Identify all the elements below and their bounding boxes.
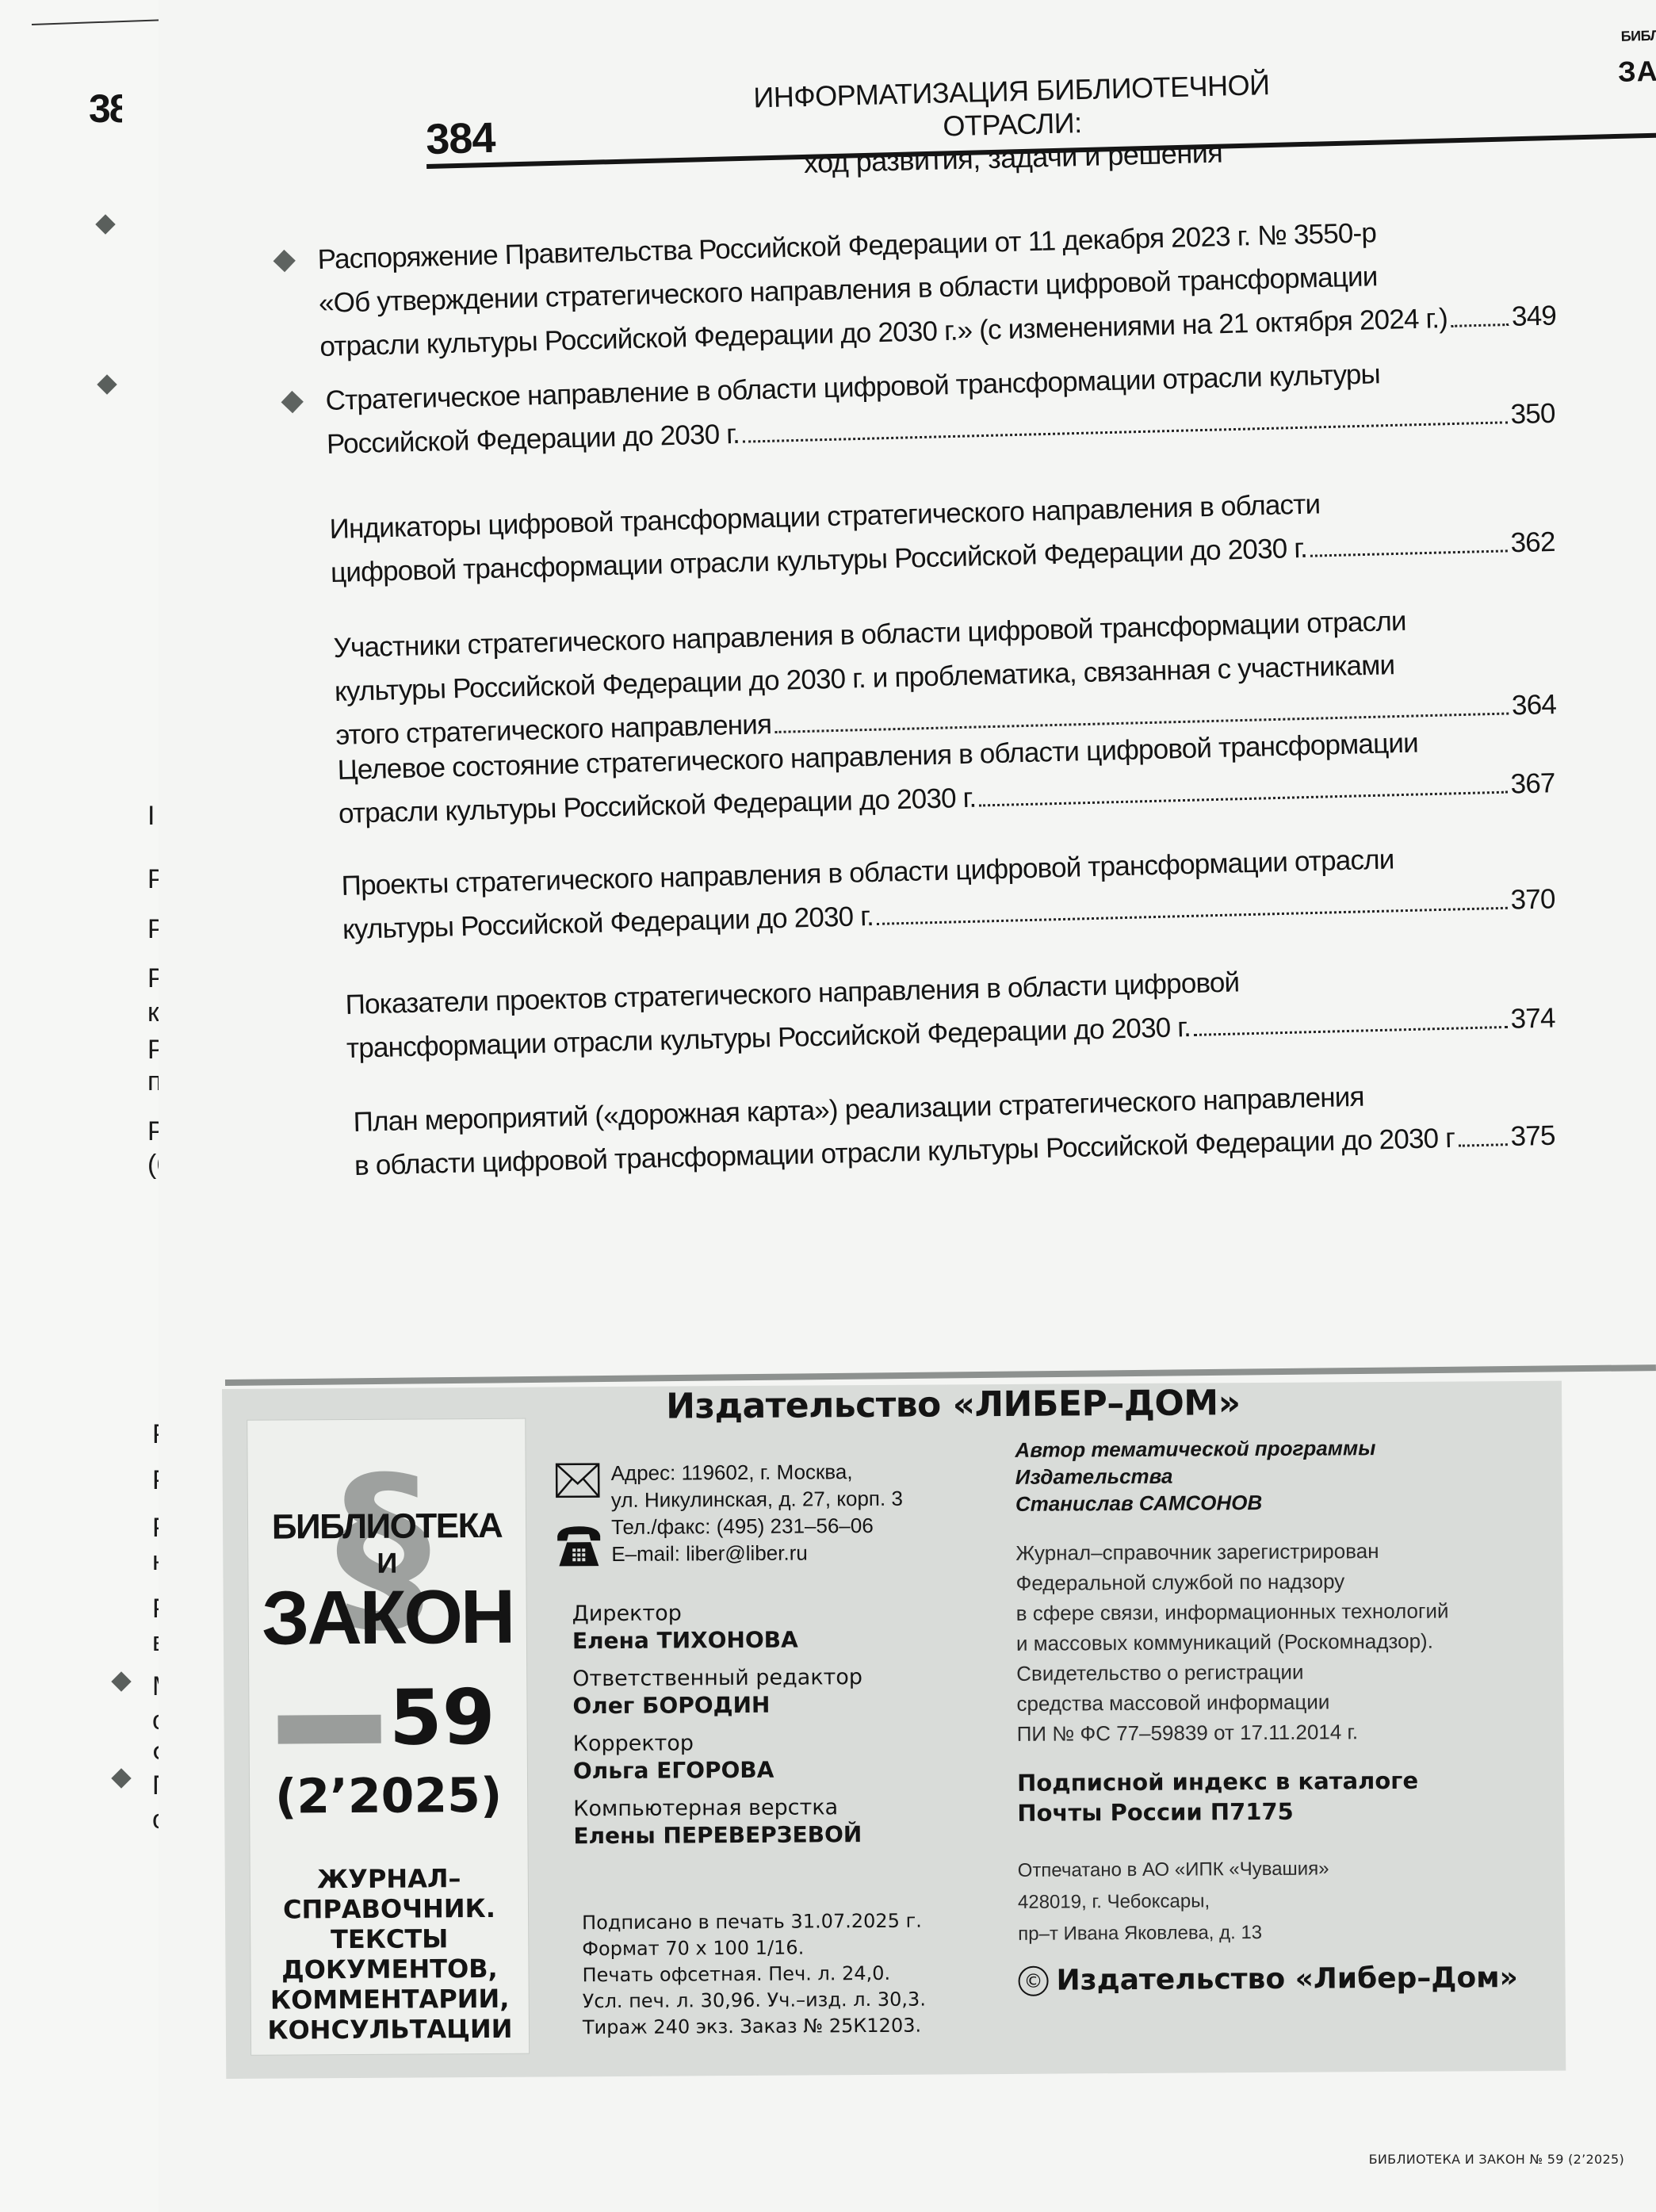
- author-name: Станислав САМСОНОВ: [1015, 1487, 1539, 1517]
- cover-description: ЖУРНАЛ–СПРАВОЧНИК.ТЕКСТЫДОКУМЕНТОВ,КОММЕ…: [251, 1863, 529, 2046]
- imprint-right-column: Автор тематической программы Издательств…: [1015, 1433, 1541, 1996]
- issue-number: 59: [389, 1673, 495, 1762]
- staff-role: Корректор: [573, 1729, 863, 1758]
- registration-line: Журнал–справочник зарегистрирован: [1015, 1535, 1539, 1568]
- subscription-line: Подписной индекс в каталоге: [1017, 1765, 1540, 1798]
- toc-page-number[interactable]: 349: [1511, 293, 1556, 338]
- issue-year: (2’2025): [250, 1768, 527, 1825]
- logo-line3: ЗАКОН: [1618, 55, 1656, 86]
- staff-name: Ольга ЕГОРОВА: [573, 1756, 863, 1785]
- previous-page-strip: 38 IРРРкРпР(6РеРаРанаРав мМеобФеПеот: [0, 0, 159, 2212]
- phone-fax: Тел./факс: (495) 231–56–06: [556, 1512, 903, 1541]
- publisher-title: Издательство «ЛИБЕР–ДОМ»: [666, 1383, 1241, 1426]
- printer-info: Отпечатано в АО «ИПК «Чувашия»428019, г.…: [1018, 1852, 1542, 1950]
- imprint-box: § БИБЛИОТЕКА И ЗАКОН 59 (2’2025) ЖУРНАЛ–…: [222, 1381, 1566, 2079]
- registration-line: Федеральной службой по надзору: [1015, 1565, 1539, 1598]
- subscription-line: Почты России П7175: [1017, 1795, 1540, 1828]
- envelope-icon: [556, 1463, 600, 1498]
- registration-line: средства массовой информации: [1016, 1686, 1539, 1719]
- registration-info: Журнал–справочник зарегистрированФедерал…: [1015, 1535, 1540, 1749]
- diamond-bullet-icon: [97, 374, 117, 394]
- print-detail-line: Усл. печ. л. 30,96. Уч.–изд. л. 30,3.: [583, 1987, 926, 2015]
- cover-description-line: СПРАВОЧНИК.: [251, 1893, 528, 1925]
- dot-leader: [979, 791, 1507, 807]
- toc-page-number[interactable]: 350: [1510, 392, 1555, 436]
- print-detail-line: Подписано в печать 31.07.2025 г.: [582, 1908, 925, 1937]
- telephone-icon: [556, 1523, 602, 1567]
- cover-description-line: КОНСУЛЬТАЦИИ: [251, 2014, 529, 2046]
- registration-line: в сфере связи, информационных технологий: [1016, 1595, 1539, 1628]
- journal-logo: БИБЛИОТЕКА И ЗАКОН: [1617, 27, 1656, 86]
- toc-page-number[interactable]: 370: [1510, 877, 1555, 921]
- page-footer: БИБЛИОТЕКА И ЗАКОН № 59 (2’2025): [1369, 2152, 1624, 2167]
- toc-entry[interactable]: Стратегическое направление в области циф…: [325, 348, 1555, 466]
- toc-page-number[interactable]: 375: [1510, 1114, 1555, 1158]
- diamond-bullet-icon: [95, 214, 115, 234]
- dot-leader: [1194, 1026, 1508, 1036]
- copyright-line: ©Издательство «Либер–Дом»: [1018, 1963, 1541, 1996]
- toc-entry[interactable]: Проекты стратегического направления в об…: [341, 833, 1555, 951]
- staff-name: Елены ПЕРЕВЕРЗЕВОЙ: [573, 1821, 863, 1850]
- dot-leader: [1310, 549, 1508, 557]
- registration-line: Свидетельство о регистрации: [1016, 1655, 1539, 1689]
- cover-title-line1: БИБЛИОТЕКА: [248, 1506, 526, 1548]
- diamond-bullet-icon: [111, 1671, 131, 1691]
- print-details: Подписано в печать 31.07.2025 г.Формат 7…: [582, 1908, 926, 2042]
- cover-description-line: КОММЕНТАРИИ,: [251, 1984, 529, 2015]
- printer-line: пр–т Ивана Яковлева, д. 13: [1018, 1915, 1541, 1950]
- dot-leader: [1458, 1143, 1508, 1147]
- logo-line1: БИБЛИОТЕКА: [1617, 27, 1656, 44]
- print-detail-line: Формат 70 х 100 1/16.: [582, 1935, 925, 1963]
- print-detail-line: Печать офсетная. Печ. л. 24,0.: [582, 1961, 925, 1989]
- page-number: 384: [425, 113, 495, 164]
- copyright-text: Издательство «Либер–Дом»: [1056, 1961, 1518, 1997]
- dot-leader: [877, 907, 1508, 925]
- dot-leader: [1451, 323, 1509, 327]
- toc-entry[interactable]: Индикаторы цифровой трансформации страте…: [329, 476, 1555, 595]
- staff-name: Олег БОРОДИН: [572, 1691, 862, 1720]
- printer-line: 428019, г. Чебоксары,: [1018, 1884, 1541, 1919]
- toc-entry[interactable]: Распоряжение Правительства Российской Фе…: [317, 207, 1557, 369]
- diamond-bullet-icon: [281, 391, 304, 413]
- page-header: 384 ИНФОРМАТИЗАЦИЯ БИБЛИОТЕЧНОЙ ОТРАСЛИ:…: [424, 42, 1656, 163]
- address-line1: Адрес: 119602, г. Москва,: [556, 1458, 903, 1487]
- registration-line: ПИ № ФС 77–59839 от 17.11.2014 г.: [1017, 1716, 1540, 1749]
- print-detail-line: Тираж 240 экз. Заказ № 25К1203.: [583, 2013, 926, 2042]
- diamond-bullet-icon: [111, 1768, 131, 1788]
- running-title: ИНФОРМАТИЗАЦИЯ БИБЛИОТЕЧНОЙ ОТРАСЛИ: ход…: [726, 67, 1299, 182]
- publisher-contact: Адрес: 119602, г. Москва, ул. Никулинска…: [556, 1458, 904, 1568]
- journal-page: 384 ИНФОРМАТИЗАЦИЯ БИБЛИОТЕЧНОЙ ОТРАСЛИ:…: [159, 0, 1656, 2212]
- staff-role: Директор: [572, 1599, 862, 1628]
- cover-description-line: ДОКУМЕНТОВ,: [251, 1954, 528, 1985]
- toc-page-number[interactable]: 362: [1510, 520, 1555, 564]
- toc-page-number[interactable]: 374: [1510, 996, 1555, 1040]
- copyright-icon: ©: [1018, 1966, 1048, 1996]
- author-role: Автор тематической программы Издательств…: [1015, 1433, 1538, 1491]
- toc-entry-line: Российской Федерации до 2030 г.: [326, 412, 740, 466]
- journal-cover-block: § БИБЛИОТЕКА И ЗАКОН 59 (2’2025) ЖУРНАЛ–…: [247, 1419, 529, 2055]
- staff-role: Компьютерная верстка: [573, 1794, 863, 1823]
- staff-role: Ответственный редактор: [572, 1664, 862, 1693]
- cover-grey-bar: [278, 1715, 381, 1744]
- toc-entry[interactable]: План мероприятий («дорожная карта») реал…: [353, 1070, 1555, 1188]
- staff-name: Елена ТИХОНОВА: [572, 1626, 862, 1655]
- printer-line: Отпечатано в АО «ИПК «Чувашия»: [1018, 1852, 1541, 1887]
- cover-description-line: ТЕКСТЫ: [251, 1923, 528, 1955]
- email[interactable]: E–mail: liber@liber.ru: [556, 1539, 903, 1568]
- toc-entry[interactable]: Показатели проектов стратегического напр…: [345, 952, 1555, 1070]
- address-line2: ул. Никулинская, д. 27, корп. 3: [556, 1485, 903, 1514]
- subscription-index: Подписной индекс в каталогеПочты России …: [1017, 1765, 1540, 1828]
- previous-page-number: 38: [89, 86, 122, 132]
- cover-description-line: ЖУРНАЛ–: [251, 1863, 528, 1895]
- toc-page-number[interactable]: 367: [1510, 761, 1555, 806]
- diamond-bullet-icon: [273, 250, 296, 272]
- registration-line: и массовых коммуникаций (Роскомнадзор).: [1016, 1625, 1539, 1659]
- editorial-staff: ДиректорЕлена ТИХОНОВАОтветственный реда…: [572, 1599, 864, 1861]
- cover-title-line3: ЗАКОН: [248, 1574, 526, 1663]
- dot-leader: [743, 421, 1508, 442]
